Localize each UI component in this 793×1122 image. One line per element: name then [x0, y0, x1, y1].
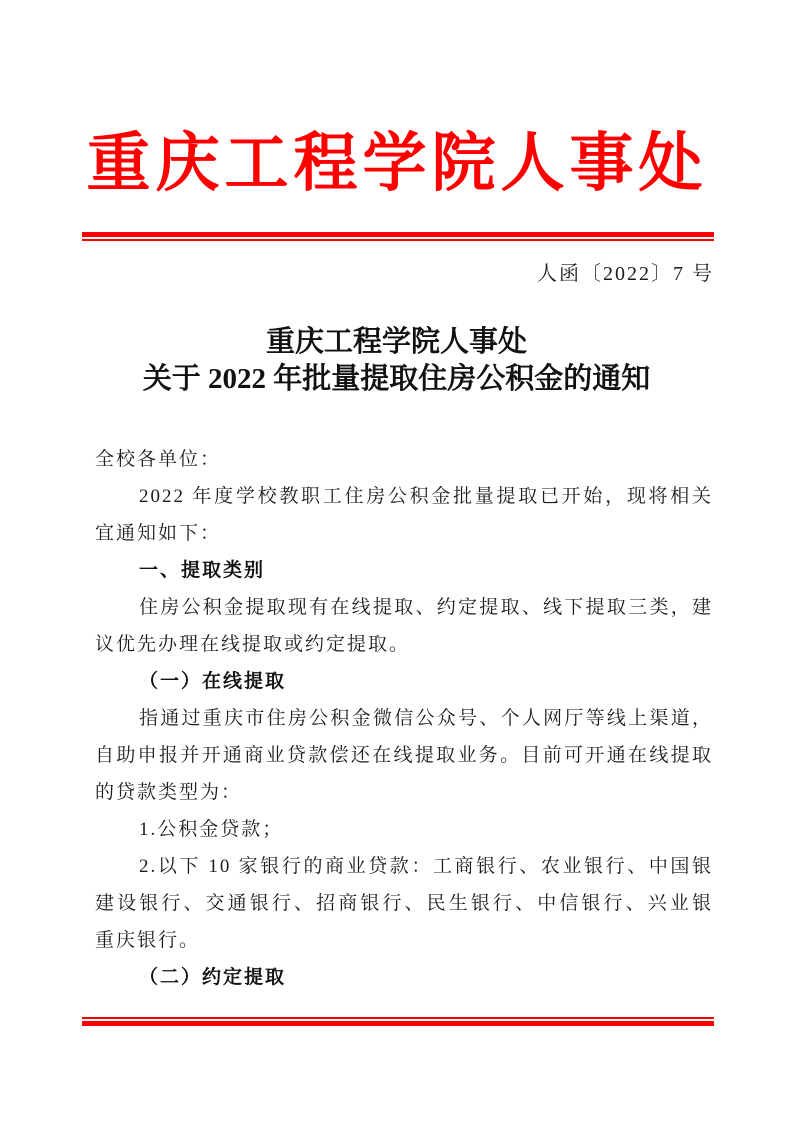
online-paragraph-line-2: 自助申报并开通商业贷款偿还在线提取业务。目前可开通在线提取 — [95, 737, 713, 774]
official-notice-page: 重庆工程学院人事处 人函〔2022〕7 号 重庆工程学院人事处 关于 2022 … — [0, 0, 793, 1122]
section1-line-2: 议优先办理在线提取或约定提取。 — [95, 626, 713, 663]
doc-reference-number: 人函〔2022〕7 号 — [80, 257, 714, 286]
body-intro-line-2: 宜通知如下： — [95, 515, 713, 552]
loan-type-item-1: 1.公积金贷款； — [95, 811, 713, 848]
online-paragraph-line-1: 指通过重庆市住房公积金微信公众号、个人网厅等线上渠道， — [95, 700, 713, 737]
loan-type-item-2-line-3: 重庆银行。 — [95, 922, 713, 959]
red-separator-bottom — [82, 1017, 714, 1026]
document-title-line1: 重庆工程学院人事处 — [0, 324, 793, 361]
subsection-heading-agreed: （二）约定提取 — [95, 959, 713, 996]
loan-type-item-2-line-1: 2.以下 10 家银行的商业贷款：工商银行、农业银行、中国银行、 — [95, 848, 713, 885]
subsection-heading-online: （一）在线提取 — [95, 663, 713, 700]
section1-line-1: 住房公积金提取现有在线提取、约定提取、线下提取三类，建 — [95, 589, 713, 626]
masthead-title: 重庆工程学院人事处 — [80, 124, 714, 204]
section-heading-1: 一、提取类别 — [95, 552, 713, 589]
separator-top-thin-line — [82, 239, 714, 241]
separator-bottom-thick-line — [82, 1021, 714, 1026]
document-body: 全校各单位： 2022 年度学校教职工住房公积金批量提取已开始，现将相关事 宜通… — [95, 441, 713, 996]
document-title-line2: 关于 2022 年批量提取住房公积金的通知 — [0, 361, 793, 398]
body-salutation: 全校各单位： — [95, 441, 713, 478]
document-title: 重庆工程学院人事处 关于 2022 年批量提取住房公积金的通知 — [0, 324, 793, 398]
red-separator-top — [82, 232, 714, 241]
loan-type-item-2-line-2: 建设银行、交通银行、招商银行、民生银行、中信银行、兴业银行、 — [95, 885, 713, 922]
body-intro-line-1: 2022 年度学校教职工住房公积金批量提取已开始，现将相关事 — [95, 478, 713, 515]
online-paragraph-line-3: 的贷款类型为： — [95, 774, 713, 811]
